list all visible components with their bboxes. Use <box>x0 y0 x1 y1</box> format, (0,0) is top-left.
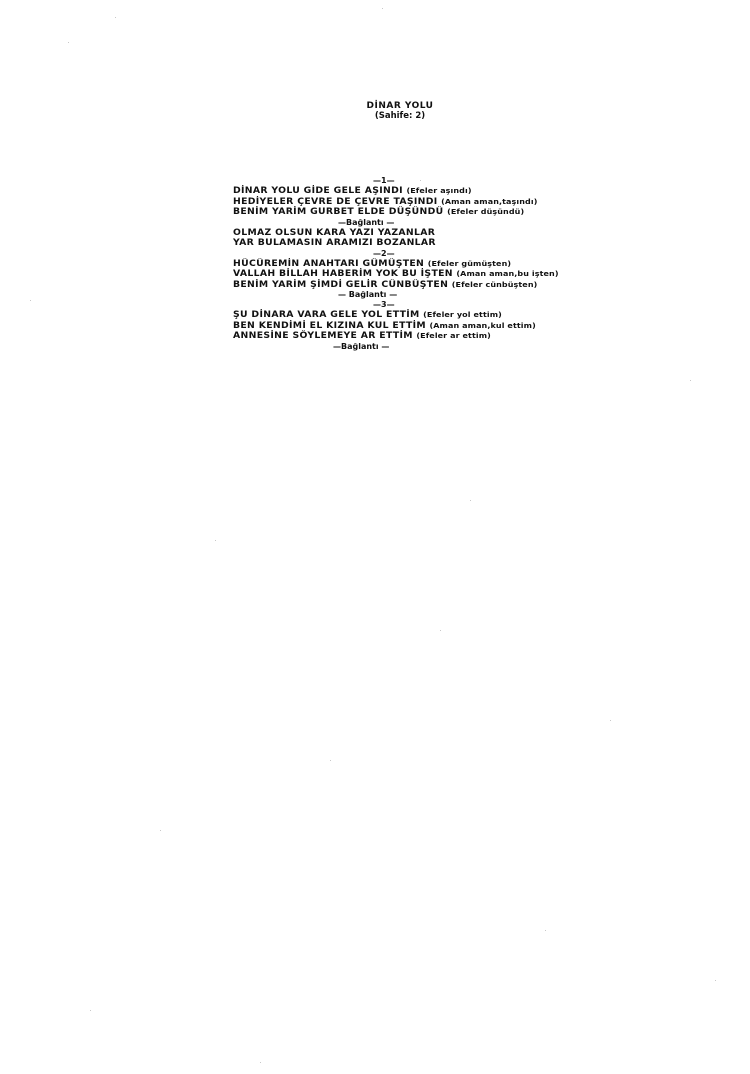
lyric-line: BENİM YARİM ŞİMDİ GELİR CÜNBÜŞTEN (Efele… <box>233 280 622 291</box>
chorus-marker: —Bağlantı — <box>233 218 593 228</box>
lyric-line: HÜCÜREMİN ANAHTARI GÜMÜŞTEN (Efeler gümü… <box>233 259 622 270</box>
lyric-refrain: (Efeler yol ettim) <box>423 310 502 319</box>
page-number-label: (Sahife: 2) <box>0 111 750 121</box>
lyric-refrain: (Aman aman,taşındı) <box>441 197 537 206</box>
lyric-text: BEN KENDİMİ EL KIZINA KUL ETTİM <box>233 321 426 331</box>
verse-number: —2— <box>233 249 593 259</box>
lyric-text: ŞU DİNARA VARA GELE YOL ETTİM <box>233 310 420 320</box>
song-title: DİNAR YOLU <box>0 101 750 111</box>
page-header: DİNAR YOLU (Sahife: 2) <box>0 101 750 121</box>
lyric-text: DİNAR YOLU GİDE GELE AŞINDI <box>233 186 403 196</box>
lyric-refrain: (Aman aman,kul ettim) <box>430 321 536 330</box>
lyric-text: HEDİYELER ÇEVRE DE ÇEVRE TAŞINDI <box>233 197 438 207</box>
chorus-marker: — Bağlantı — <box>233 290 593 300</box>
chorus-marker: —Bağlantı — <box>233 342 593 352</box>
lyric-text: ANNESİNE SÖYLEMEYE AR ETTİM <box>233 331 413 341</box>
lyric-text: BENİM YARİM ŞİMDİ GELİR CÜNBÜŞTEN <box>233 280 448 290</box>
lyric-text: BENİM YARİM GURBET ELDE DÜŞÜNDÜ <box>233 207 444 217</box>
lyric-line: HEDİYELER ÇEVRE DE ÇEVRE TAŞINDI (Aman a… <box>233 197 622 208</box>
lyric-refrain: (Aman aman,bu işten) <box>456 269 558 278</box>
lyrics-body: —1— DİNAR YOLU GİDE GELE AŞINDI (Efeler … <box>233 176 593 352</box>
lyric-line: ŞU DİNARA VARA GELE YOL ETTİM (Efeler yo… <box>233 310 622 321</box>
chorus-line: YAR BULAMASIN ARAMIZI BOZANLAR <box>233 238 622 249</box>
lyric-refrain: (Efeler gümüşten) <box>428 259 511 268</box>
lyric-refrain: (Efeler cünbüşten) <box>452 280 538 289</box>
lyric-line: BEN KENDİMİ EL KIZINA KUL ETTİM (Aman am… <box>233 321 622 332</box>
lyric-refrain: (Efeler düşündü) <box>447 207 524 216</box>
lyric-refrain: (Efeler ar ettim) <box>416 331 491 340</box>
lyric-line: BENİM YARİM GURBET ELDE DÜŞÜNDÜ (Efeler … <box>233 207 622 218</box>
verse-number: —3— <box>233 300 593 310</box>
lyric-line: DİNAR YOLU GİDE GELE AŞINDI (Efeler aşın… <box>233 186 622 197</box>
lyric-line: VALLAH BİLLAH HABERİM YOK BU İŞTEN (Aman… <box>233 269 622 280</box>
chorus-line: OLMAZ OLSUN KARA YAZI YAZANLAR <box>233 228 622 239</box>
lyric-line: ANNESİNE SÖYLEMEYE AR ETTİM (Efeler ar e… <box>233 331 622 342</box>
verse-number: —1— <box>233 176 593 186</box>
lyric-text: HÜCÜREMİN ANAHTARI GÜMÜŞTEN <box>233 259 424 269</box>
lyric-text: VALLAH BİLLAH HABERİM YOK BU İŞTEN <box>233 269 453 279</box>
lyric-refrain: (Efeler aşındı) <box>406 186 471 195</box>
